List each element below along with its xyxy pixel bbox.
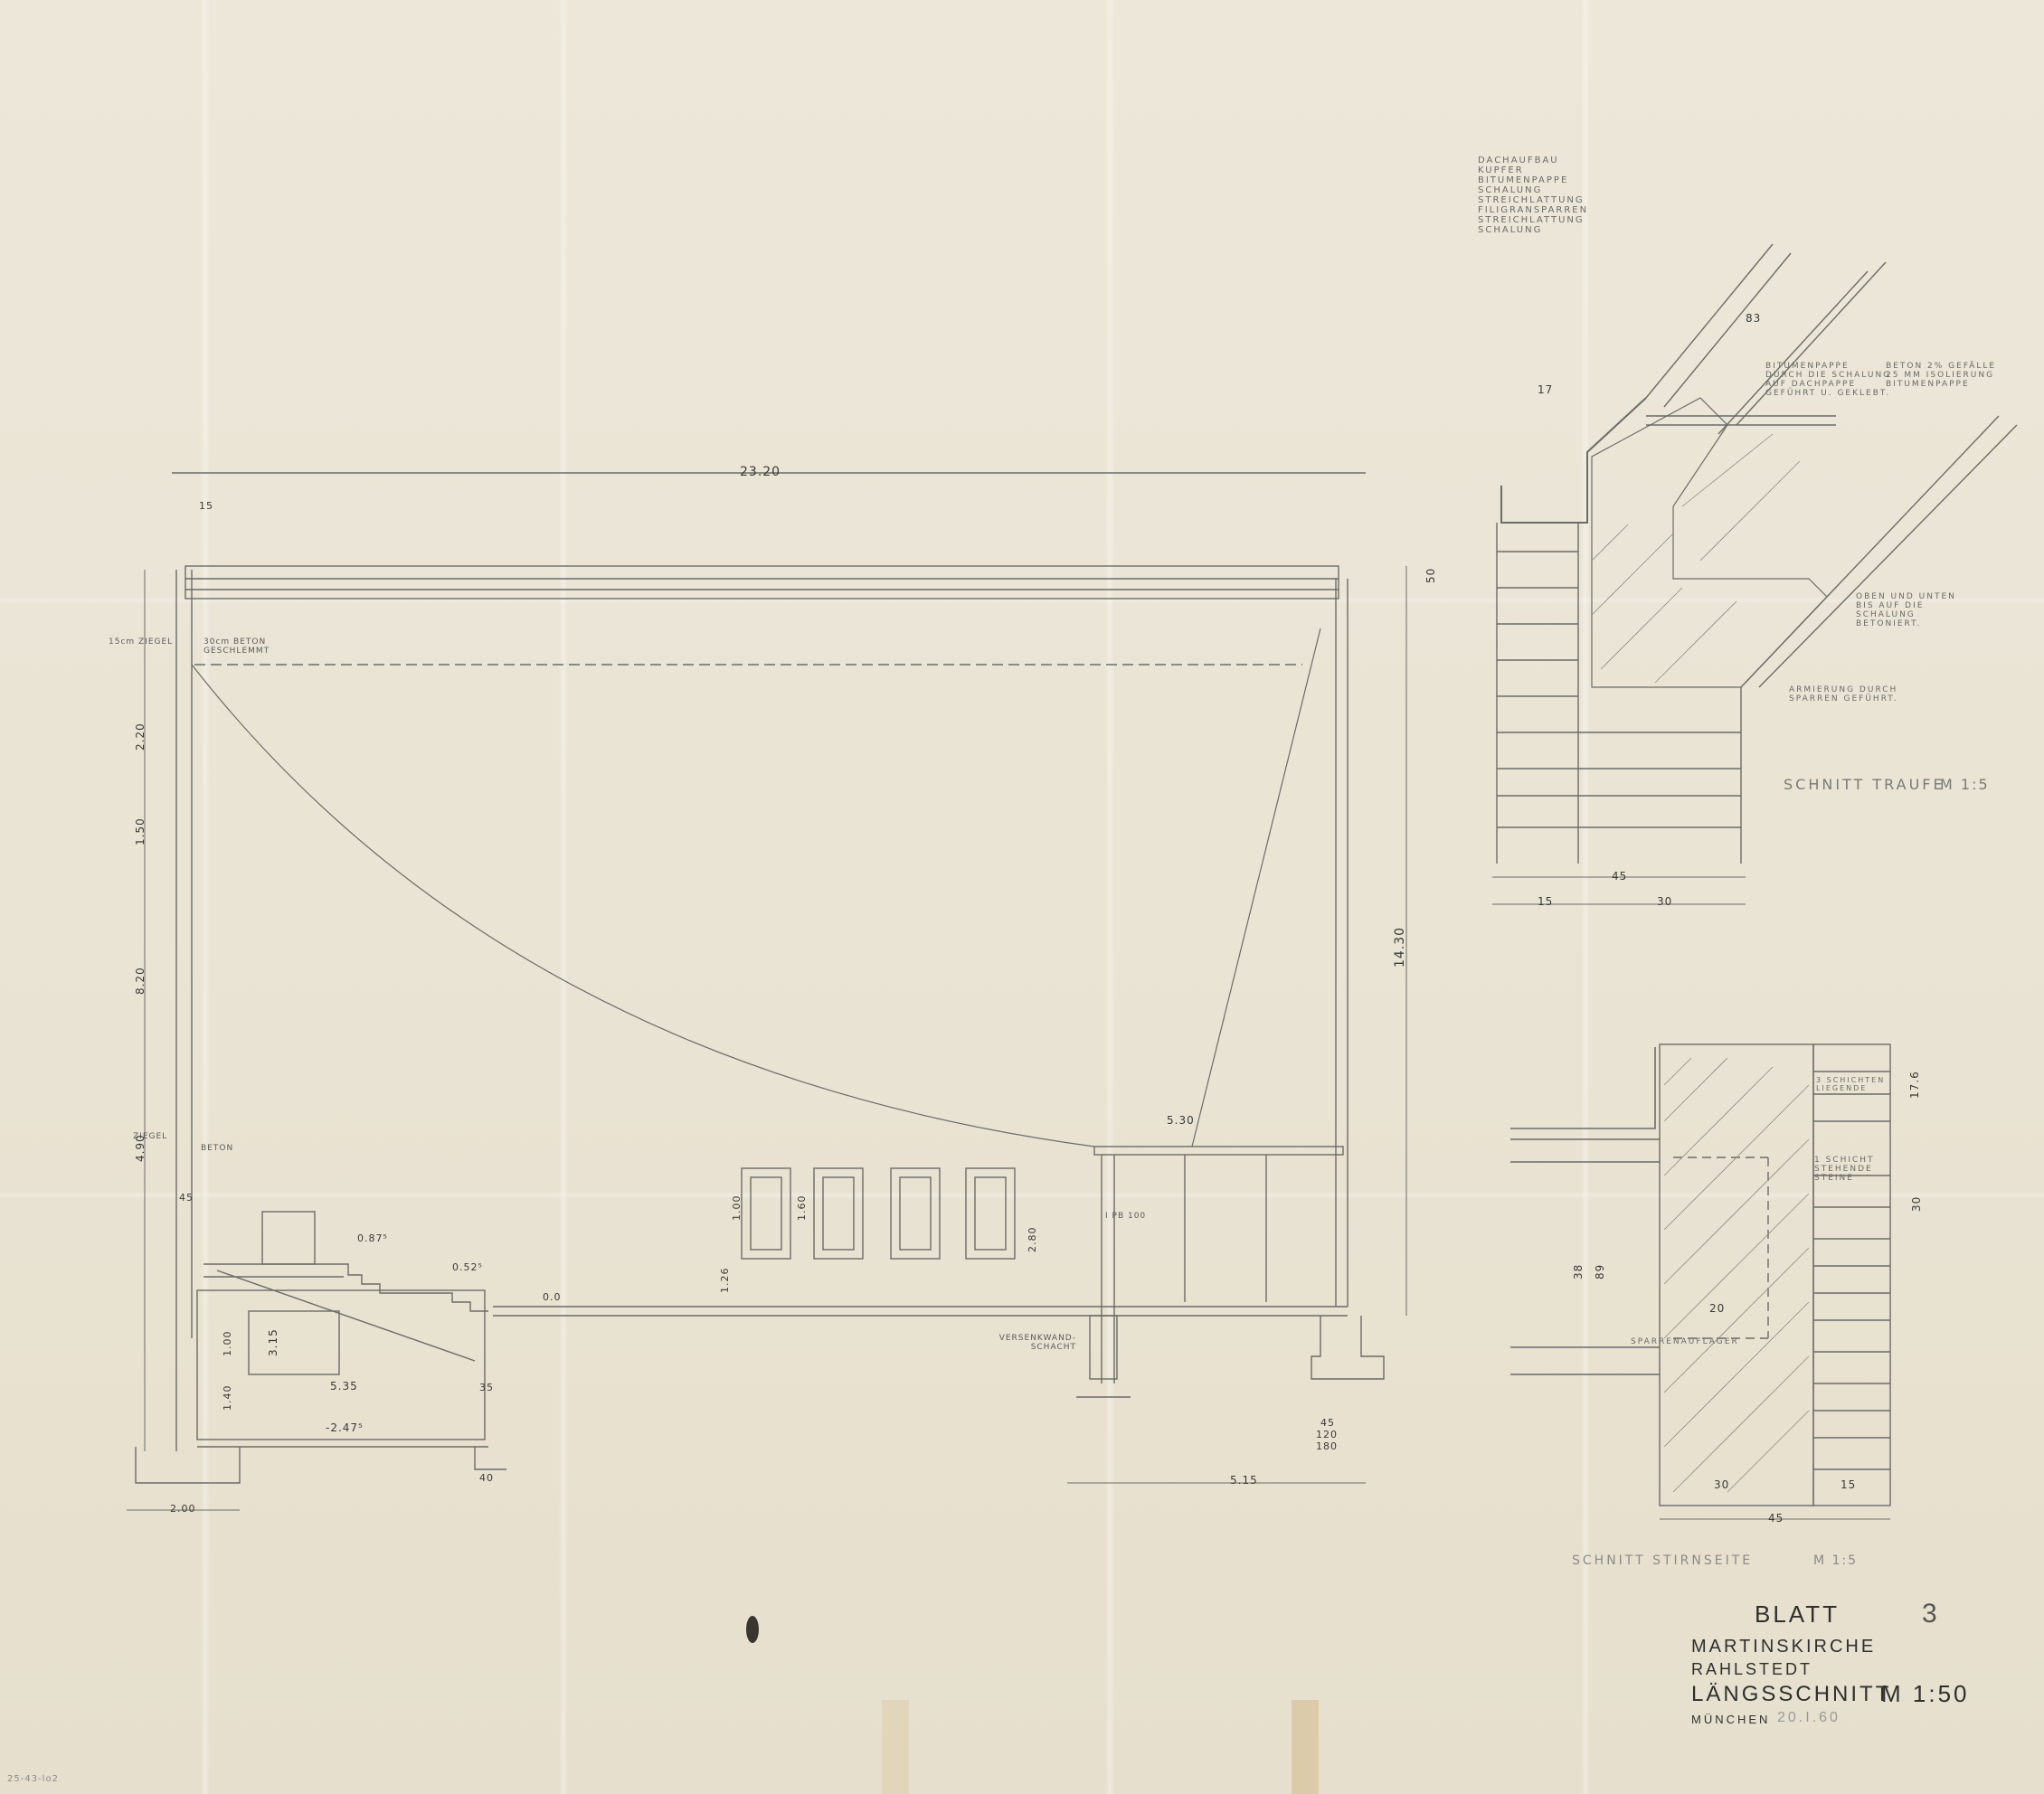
sheet-label: BLATT (1755, 1600, 1840, 1629)
level-basement: -2.47⁵ (326, 1421, 364, 1434)
project-name: MARTINSKIRCHE (1691, 1637, 1876, 1657)
roof-layer: STREICHLATTUNG (1478, 195, 1585, 205)
eaves-detail-title: SCHNITT TRAUFE (1784, 776, 1945, 793)
window-sill-dim: 2.80 (1027, 1227, 1038, 1253)
left-dim-490: 4.90 (134, 1134, 147, 1162)
gable-layers-note: LIEGENDE (1816, 1084, 1867, 1092)
reinforcement-note: SPARREN GEFÜHRT. (1789, 694, 1898, 703)
concrete-note: BIS AUF DIE (1856, 601, 1924, 610)
left-dim-45: 45 (179, 1192, 194, 1204)
eaves-dim-45: 45 (1612, 870, 1627, 883)
basement-window-dim: 3.15 (267, 1328, 279, 1356)
eaves-detail-scale: M 1:5 (1940, 776, 1990, 793)
eaves-note-left: DURCH DIE SCHALUNG (1765, 371, 1891, 380)
roof-layer: BITUMENPAPPE (1478, 175, 1568, 185)
reinforcement-note: ARMIERUNG DURCH (1789, 685, 1897, 694)
tape-mark (882, 1700, 909, 1794)
roof-layer: KUPFER (1478, 165, 1524, 175)
height-total-dim: 14.30 (1393, 927, 1407, 968)
right-top-dim: 50 (1424, 568, 1437, 583)
gable-dim-15: 15 (1841, 1478, 1856, 1491)
basement-width-dim: 5.35 (330, 1380, 358, 1393)
wall-right-note: 30cm BETON GESCHLEMMT (203, 637, 276, 656)
gable-layers-note: 3 SCHICHTEN (1816, 1076, 1885, 1084)
roof-buildup-title: DACHAUFBAU (1478, 156, 1559, 165)
gable-dim-89: 89 (1594, 1264, 1606, 1279)
canopy-width-dim: 5.30 (1167, 1114, 1195, 1127)
rafter-bearing-note: SPARRENAUFLAGER (1631, 1336, 1739, 1348)
gable-detail-title: SCHNITT STIRNSEITE (1572, 1553, 1753, 1568)
eaves-note-right: 25 MM ISOLIERUNG (1886, 371, 1994, 380)
gable-standing-note: STEHENDE (1814, 1165, 1873, 1174)
drawing-date: 20.I.60 (1777, 1710, 1841, 1726)
left-dim-820: 8.20 (134, 967, 147, 995)
top-offset-dim: 15 (199, 500, 213, 512)
gable-dim-176: 17.6 (1908, 1071, 1921, 1099)
drawing-title: LÄNGSSCHNITT (1691, 1682, 1891, 1707)
concrete-note: BETONIERT. (1856, 619, 1921, 628)
project-location: RAHLSTEDT (1691, 1660, 1812, 1679)
eaves-note-left: AUF DACHPAPPE (1765, 380, 1856, 389)
lower-material-beton: BETON (201, 1144, 233, 1153)
floor-dim-126: 1.26 (719, 1268, 731, 1294)
eaves-dim-83: 83 (1746, 312, 1761, 325)
bottom-left-dim: 2.00 (170, 1503, 196, 1515)
wall-left-note: 15cm ZIEGEL (109, 637, 173, 647)
tape-mark (1292, 1700, 1319, 1794)
gable-standing-note: 1 SCHICHT (1814, 1156, 1875, 1165)
archive-number: 25-43-lo2 (7, 1774, 59, 1784)
concrete-note: SCHALUNG (1856, 610, 1916, 619)
eaves-note-left: BITUMENPAPPE (1765, 362, 1850, 371)
eaves-dim-30: 30 (1657, 895, 1672, 908)
basement-h1-dim: 1.00 (222, 1331, 233, 1357)
left-dim-150: 1.50 (134, 817, 147, 845)
window-h2-dim: 1.60 (796, 1195, 808, 1222)
footing-dim-45: 45 (1320, 1417, 1335, 1429)
eaves-note-right: BITUMENPAPPE (1886, 380, 1970, 389)
gable-dim-38: 38 (1572, 1264, 1585, 1279)
eaves-dim-17: 17 (1538, 383, 1553, 396)
eaves-note-right: BETON 2% GEFÄLLE (1886, 362, 1996, 371)
roof-layer: SCHALUNG (1478, 185, 1542, 195)
bottom-span-dim: 5.15 (1230, 1474, 1258, 1487)
concrete-note: OBEN UND UNTEN (1856, 592, 1956, 601)
basement-right-dim: 35 (479, 1382, 494, 1393)
drawing-place: MÜNCHEN (1691, 1713, 1770, 1726)
roof-layer: SCHALUNG (1478, 225, 1542, 235)
gable-dim-45: 45 (1768, 1512, 1784, 1525)
drawing-scale: M 1:50 (1881, 1680, 1970, 1708)
level-0525: 0.52⁵ (452, 1261, 483, 1273)
level-00: 0.0 (543, 1291, 562, 1303)
gable-dim-30-v: 30 (1910, 1196, 1923, 1212)
gable-detail-scale: M 1:5 (1813, 1553, 1858, 1568)
roof-layer: STREICHLATTUNG (1478, 215, 1585, 225)
window-h-dim: 1.00 (731, 1195, 743, 1222)
sheet-number: 3 (1922, 1599, 1940, 1629)
basement-h2-dim: 1.40 (222, 1385, 233, 1412)
section-drawing (0, 0, 2044, 1794)
ink-stain (746, 1616, 759, 1643)
footing-dim-180: 180 (1316, 1440, 1338, 1452)
gable-dim-20: 20 (1709, 1302, 1725, 1315)
overall-width-dim: 23.20 (740, 465, 781, 479)
gable-dim-30: 30 (1714, 1478, 1729, 1491)
eaves-dim-15: 15 (1538, 895, 1553, 908)
footing-dim-120: 120 (1316, 1429, 1338, 1440)
roof-layer: FILIGRANSPARREN (1478, 205, 1588, 215)
shaft-label: VERSENKWAND-SCHACHT (986, 1334, 1076, 1352)
left-dim-220: 2.20 (134, 722, 147, 751)
level-0875: 0.87⁵ (357, 1232, 388, 1244)
gable-standing-note: STEINE (1814, 1174, 1854, 1183)
basement-bottom-dim: 40 (479, 1472, 494, 1484)
eaves-note-left: GEFÜHRT U. GEKLEBT. (1765, 389, 1890, 398)
beam-label: I PB 100 (1105, 1212, 1146, 1221)
